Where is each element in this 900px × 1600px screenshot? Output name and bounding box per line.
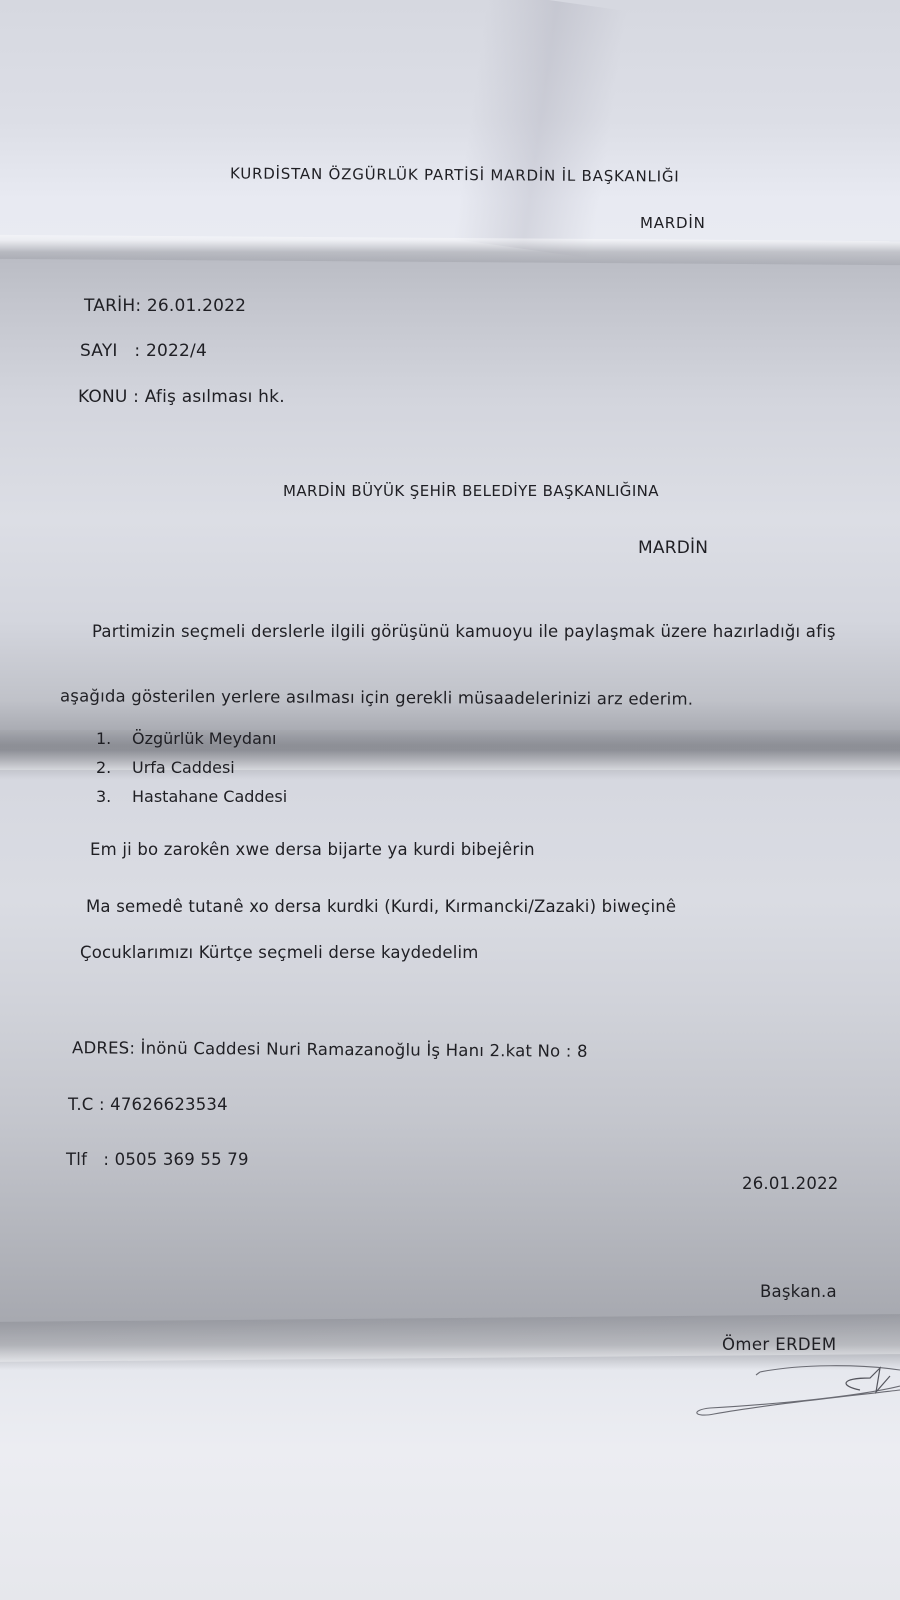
- slogan-zazaki: Ma semedê tutanê xo dersa kurdki (Kurdi,…: [86, 897, 676, 916]
- phone-label: Tlf: [66, 1150, 87, 1169]
- document-subject: KONU : Afiş asılması hk.: [78, 387, 285, 407]
- date-label: TARİH: [84, 296, 135, 316]
- document-date: TARİH: 26.01.2022: [84, 296, 246, 316]
- letterhead-city: MARDİN: [640, 214, 706, 232]
- body-paragraph-line-1: Partimizin seçmeli derslerle ilgili görü…: [92, 622, 836, 641]
- address-label: ADRES: [72, 1038, 129, 1057]
- tc-label: T.C: [68, 1095, 94, 1114]
- list-number: 1.: [96, 729, 132, 748]
- number-value: 2022/4: [146, 341, 207, 361]
- tc-value: 47626623534: [110, 1095, 228, 1114]
- signature-date: 26.01.2022: [742, 1174, 838, 1193]
- signature-icon: [690, 1360, 900, 1430]
- slogan-turkish: Çocuklarımızı Kürtçe seçmeli derse kayde…: [80, 943, 479, 962]
- date-value: 26.01.2022: [147, 296, 246, 316]
- slogan-kurmanji: Em ji bo zarokên xwe dersa bijarte ya ku…: [90, 840, 535, 859]
- subject-label: KONU: [78, 387, 128, 407]
- list-item: 2. Urfa Caddesi: [96, 753, 287, 782]
- list-text: Özgürlük Meydanı: [132, 729, 276, 748]
- phone: Tlf : 0505 369 55 79: [66, 1150, 249, 1169]
- list-text: Hastahane Caddesi: [132, 787, 287, 806]
- recipient-city: MARDİN: [638, 538, 708, 558]
- number-label: SAYI: [80, 341, 118, 361]
- address-value: İnönü Caddesi Nuri Ramazanoğlu İş Hanı 2…: [141, 1039, 588, 1061]
- list-number: 2.: [96, 758, 132, 777]
- subject-value: Afiş asılması hk.: [145, 387, 285, 407]
- tax-id: T.C : 47626623534: [68, 1095, 228, 1114]
- document-number: SAYI : 2022/4: [80, 341, 207, 361]
- location-list: 1. Özgürlük Meydanı 2. Urfa Caddesi 3. H…: [96, 724, 287, 811]
- recipient-organization: MARDİN BÜYÜK ŞEHİR BELEDİYE BAŞKANLIĞINA: [283, 482, 659, 500]
- phone-value: 0505 369 55 79: [115, 1150, 249, 1169]
- list-item: 1. Özgürlük Meydanı: [96, 724, 287, 753]
- signatory-title: Başkan.a: [760, 1282, 837, 1301]
- address: ADRES: İnönü Caddesi Nuri Ramazanoğlu İş…: [72, 1038, 588, 1061]
- list-text: Urfa Caddesi: [132, 758, 235, 777]
- letterhead-organization: KURDİSTAN ÖZGÜRLÜK PARTİSİ MARDİN İL BAŞ…: [230, 164, 680, 185]
- list-item: 3. Hastahane Caddesi: [96, 782, 287, 811]
- list-number: 3.: [96, 787, 132, 806]
- body-paragraph-line-2: aşağıda gösterilen yerlere asılması için…: [60, 686, 693, 708]
- signatory-name: Ömer ERDEM: [722, 1335, 837, 1354]
